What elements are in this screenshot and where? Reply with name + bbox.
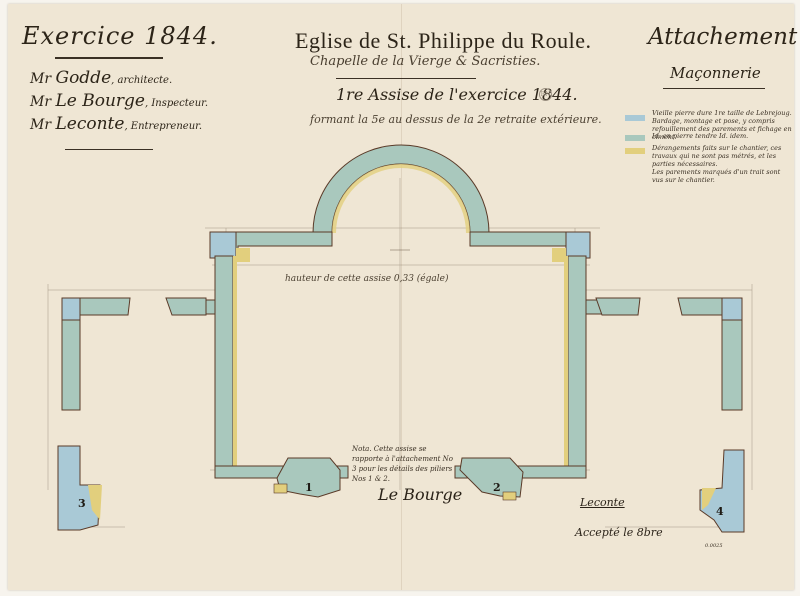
floor-plan (0, 0, 800, 596)
block-label-4: 4 (716, 505, 724, 518)
inspector-signature: Le Bourge (378, 485, 462, 504)
block-label-2: 2 (493, 481, 501, 494)
note-text: Nota. Cette assise se rapporte à l'attac… (352, 444, 457, 484)
scale-label: 0.0025 (705, 543, 723, 549)
block-label-1: 1 (305, 481, 313, 494)
contractor-signature: Leconte (580, 496, 625, 509)
pier-2 (460, 458, 523, 497)
block-label-3: 3 (78, 497, 86, 510)
left-wing (58, 298, 206, 530)
approval-signature: Accepté le 8bre (575, 526, 663, 539)
course-height-label: hauteur de cette assise 0,33 (égale) (285, 274, 448, 284)
apse-wall (313, 145, 489, 233)
